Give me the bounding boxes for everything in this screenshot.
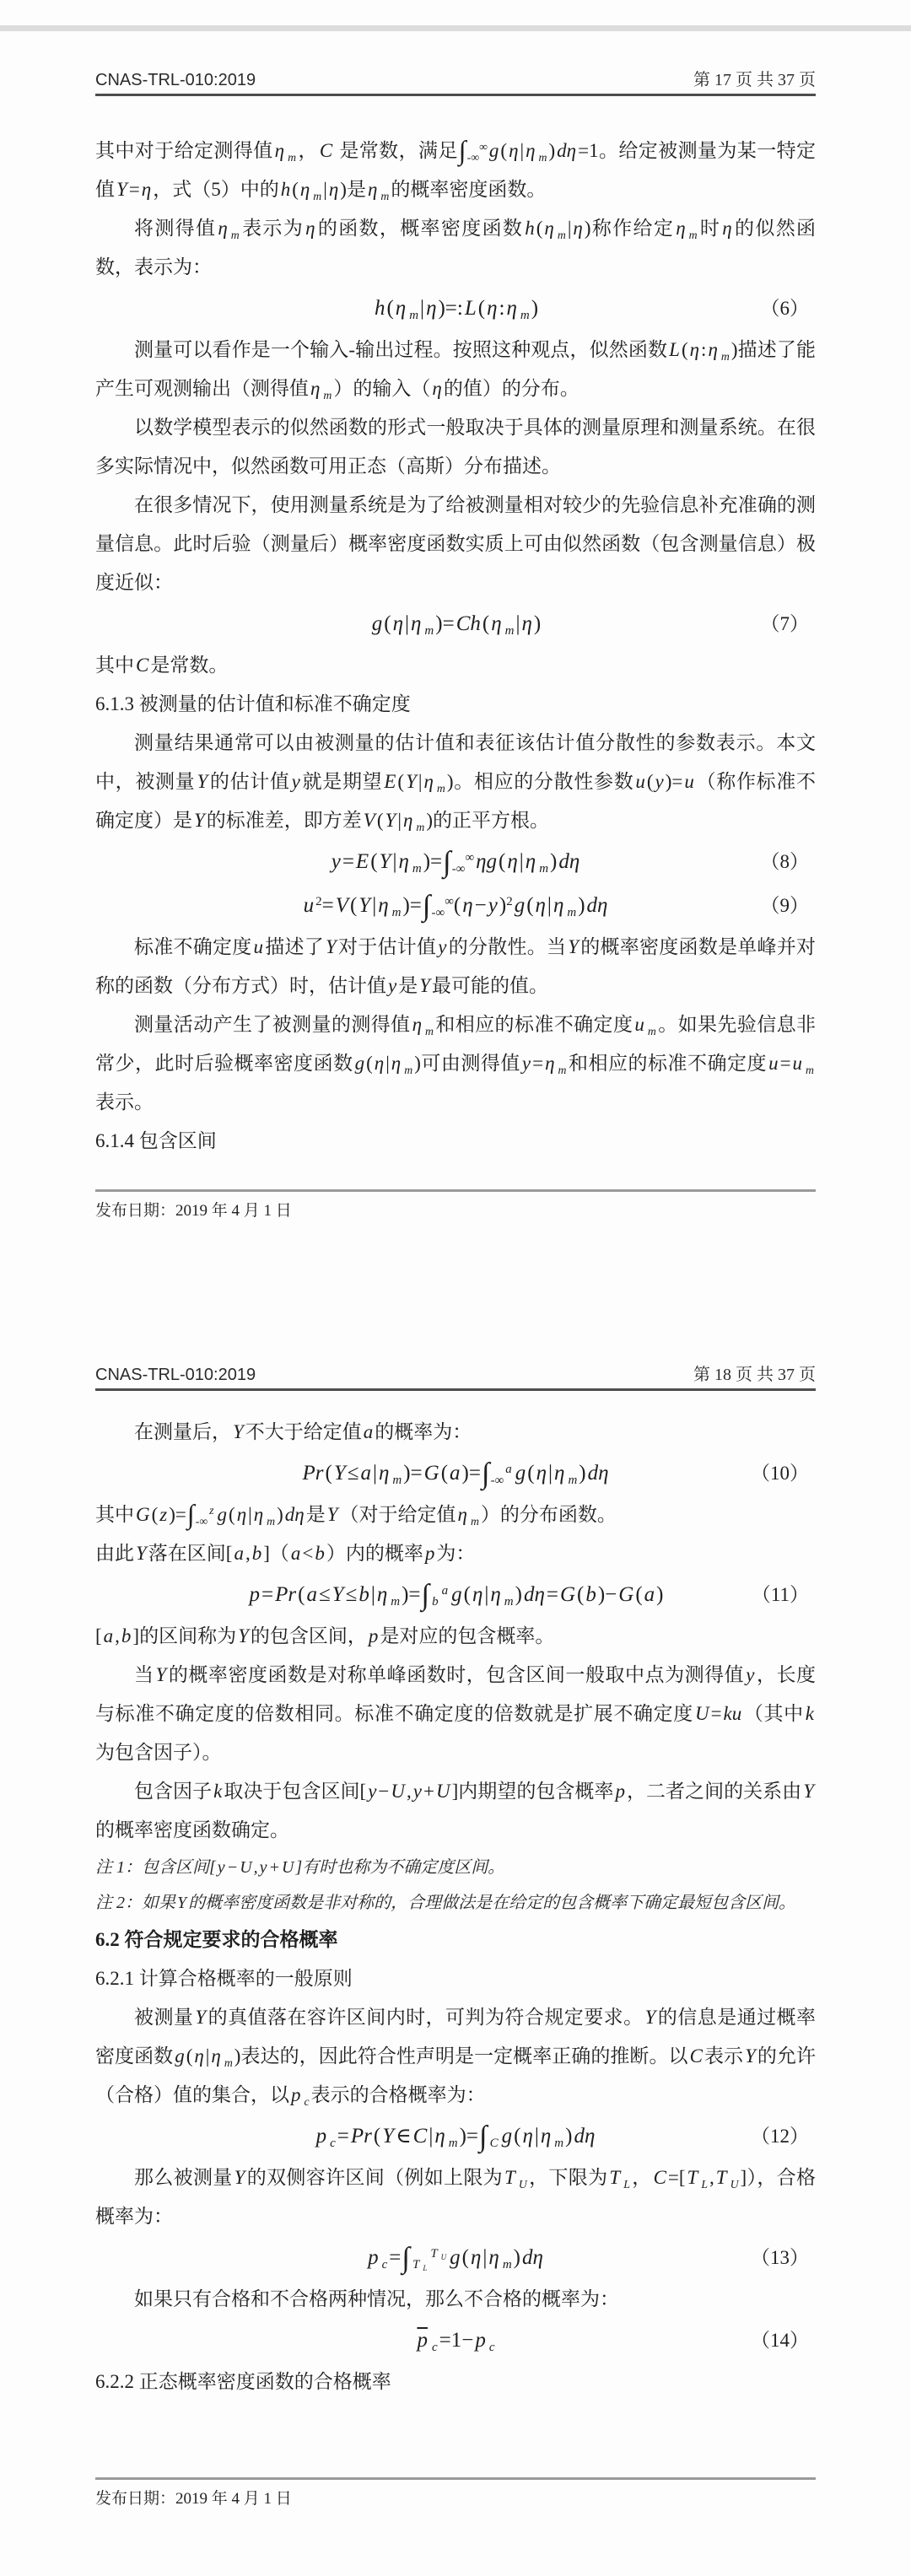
equation-number: （14） xyxy=(751,2319,809,2363)
paragraph: 测量可以看作是一个输入-输出过程。按照这种观点，似然函数L(η:ηm)描述了能产… xyxy=(95,331,816,408)
screen-top-edge xyxy=(0,25,911,31)
formula: p=Pr(a≤Y≤b|ηm)=∫bag(η|ηm)dη=G(b)−G(a) xyxy=(248,1573,664,1617)
formula: h(ηm|η)=:L(η:ηm) xyxy=(373,287,538,331)
equation-number: （11） xyxy=(752,1573,809,1617)
section-heading: 6.2 符合规定要求的合格概率 xyxy=(95,1921,816,1959)
formula: y=E(Y|ηm)=∫-∞∞ηg(η|ηm)dη xyxy=(330,840,582,884)
equation-number: （12） xyxy=(751,2115,809,2158)
formula: pc=Pr(Y∈C|ηm)=∫Cg(η|ηm)dη xyxy=(315,2115,597,2158)
paragraph: 当Y的概率密度函数是对称单峰函数时，包含区间一般取中点为测得值y，长度与标准不确… xyxy=(95,1656,816,1772)
page-footer: 发布日期：2019 年 4 月 1 日 xyxy=(95,1189,816,1221)
equation-number: （13） xyxy=(751,2236,809,2280)
paragraph: 测量结果通常可以由被测量的估计值和表征该估计值分散性的参数表示。本文中，被测量Y… xyxy=(95,724,816,840)
paragraph: 其中G(z)=∫-∞zg(η|ηm)dη是Y（对于给定值ηm）的分布函数。 xyxy=(95,1495,816,1534)
equation: pc=∫TLTUg(η|ηm)dη （13） xyxy=(95,2236,816,2280)
page-header: CNAS-TRL-010:2019 第 18 页 共 37 页 xyxy=(0,1288,911,1388)
formula: g(η|ηm)=Ch(ηm|η) xyxy=(370,602,541,646)
paragraph: 包含因子k取决于包含区间[y−U,y+U]内期望的包含概率p，二者之间的关系由Y… xyxy=(95,1772,816,1850)
publish-date: 发布日期：2019 年 4 月 1 日 xyxy=(95,2480,816,2509)
formula: pc=1−pc xyxy=(414,2319,496,2363)
equation-number: （7） xyxy=(761,602,810,646)
equation-number: （9） xyxy=(761,884,810,928)
document-code: CNAS-TRL-010:2019 xyxy=(95,71,256,90)
page-header: CNAS-TRL-010:2019 第 17 页 共 37 页 xyxy=(0,0,911,94)
equation-number: （6） xyxy=(761,287,810,331)
page-footer: 发布日期：2019 年 4 月 1 日 xyxy=(95,2477,816,2509)
paragraph: 其中C是常数。 xyxy=(95,646,816,685)
paragraph: 以数学模型表示的似然函数的形式一般取决于具体的测量原理和测量系统。在很多实际情况… xyxy=(95,408,816,486)
section-heading: 6.1.4 包含区间 xyxy=(95,1122,816,1161)
paragraph: 如果只有合格和不合格两种情况，那么不合格的概率为： xyxy=(95,2280,816,2319)
document-page-17: CNAS-TRL-010:2019 第 17 页 共 37 页 其中对于给定测得… xyxy=(0,0,911,1288)
paragraph: 被测量Y的真值落在容许区间内时，可判为符合规定要求。Y的信息是通过概率密度函数g… xyxy=(95,1998,816,2115)
paragraph: 将测得值ηm表示为η的函数，概率密度函数h(ηm|η)称作给定ηm时η的似然函数… xyxy=(95,209,816,287)
section-heading: 6.1.3 被测量的估计值和标准不确定度 xyxy=(95,685,816,724)
paragraph: 其中对于给定测得值ηm，C 是常数，满足∫-∞∞g(η|ηm)dη=1。给定被测… xyxy=(95,132,816,209)
page-content: 其中对于给定测得值ηm，C 是常数，满足∫-∞∞g(η|ηm)dη=1。给定被测… xyxy=(0,96,911,1161)
equation-number: （8） xyxy=(761,840,810,884)
paragraph: 那么被测量Y的双侧容许区间（例如上限为TU，下限为TL，C=[TL,TU]），合… xyxy=(95,2158,816,2236)
formula: pc=∫TLTUg(η|ηm)dη xyxy=(366,2236,545,2280)
equation: h(ηm|η)=:L(η:ηm) （6） xyxy=(95,287,816,331)
equation: pc=Pr(Y∈C|ηm)=∫Cg(η|ηm)dη （12） xyxy=(95,2115,816,2158)
note: 注 2：如果Y的概率密度函数是非对称的，合理做法是在给定的包含概率下确定最短包含… xyxy=(95,1885,816,1921)
publish-date: 发布日期：2019 年 4 月 1 日 xyxy=(95,1192,816,1221)
equation: g(η|ηm)=Ch(ηm|η) （7） xyxy=(95,602,816,646)
paragraph: 标准不确定度u描述了Y对于估计值y的分散性。当Y的概率密度函数是单峰并对称的函数… xyxy=(95,928,816,1005)
note: 注 1：包含区间[y−U,y+U]有时也称为不确定度区间。 xyxy=(95,1850,816,1885)
paragraph: 由此Y落在区间[a,b]（a<b）内的概率p为： xyxy=(95,1534,816,1573)
formula: Pr(Y≤a|ηm)=G(a)=∫-∞ag(η|ηm)dη xyxy=(300,1452,610,1495)
equation-number: （10） xyxy=(751,1452,809,1495)
paragraph: 测量活动产生了被测量的测得值ηm和相应的标准不确定度um。如果先验信息非常少，此… xyxy=(95,1005,816,1122)
page-content: 在测量后，Y不大于给定值a的概率为： Pr(Y≤a|ηm)=G(a)=∫-∞ag… xyxy=(0,1391,911,2401)
equation: Pr(Y≤a|ηm)=G(a)=∫-∞ag(η|ηm)dη （10） xyxy=(95,1452,816,1495)
equation: pc=1−pc （14） xyxy=(95,2319,816,2363)
document-code: CNAS-TRL-010:2019 xyxy=(95,1366,256,1385)
page-number-indicator: 第 17 页 共 37 页 xyxy=(693,66,816,90)
equation: y=E(Y|ηm)=∫-∞∞ηg(η|ηm)dη （8） xyxy=(95,840,816,884)
section-heading: 6.2.2 正态概率密度函数的合格概率 xyxy=(95,2363,816,2401)
formula: u2=V(Y|ηm)=∫-∞∞(η−y)2g(η|ηm)dη xyxy=(302,884,610,928)
paragraph: 在测量后，Y不大于给定值a的概率为： xyxy=(95,1413,816,1452)
section-heading: 6.2.1 计算合格概率的一般原则 xyxy=(95,1959,816,1998)
equation: p=Pr(a≤Y≤b|ηm)=∫bag(η|ηm)dη=G(b)−G(a) （1… xyxy=(95,1573,816,1617)
paragraph: [a,b]的区间称为Y的包含区间，p是对应的包含概率。 xyxy=(95,1617,816,1656)
equation: u2=V(Y|ηm)=∫-∞∞(η−y)2g(η|ηm)dη （9） xyxy=(95,884,816,928)
paragraph: 在很多情况下，使用测量系统是为了给被测量相对较少的先验信息补充准确的测量信息。此… xyxy=(95,486,816,602)
page-number-indicator: 第 18 页 共 37 页 xyxy=(693,1361,816,1385)
document-page-18: CNAS-TRL-010:2019 第 18 页 共 37 页 在测量后，Y不大… xyxy=(0,1288,911,2576)
